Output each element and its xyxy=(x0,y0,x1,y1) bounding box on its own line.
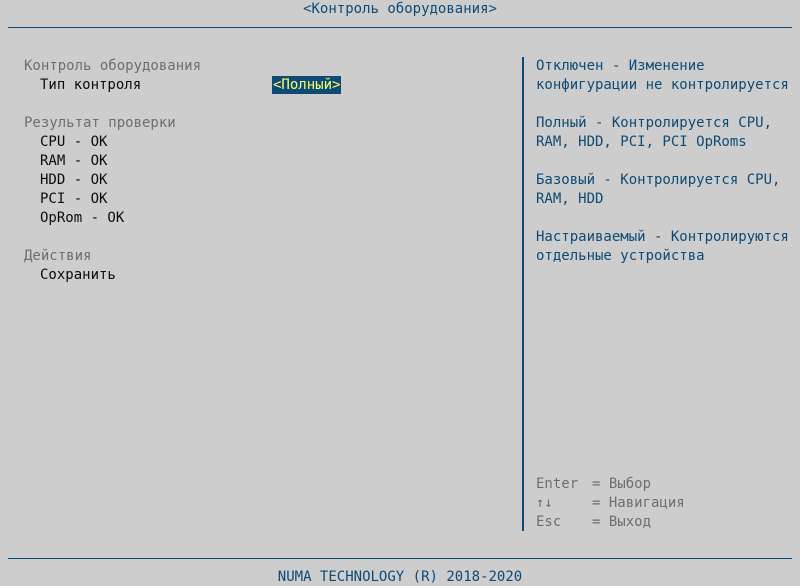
key-hint-esc: Esc= Выход xyxy=(536,513,651,532)
section-heading-control: Контроль оборудования xyxy=(24,57,201,76)
help-text: RAM, HDD xyxy=(536,190,603,209)
section-heading-results: Результат проверки xyxy=(24,114,176,133)
result-ram: RAM - OK xyxy=(40,152,107,171)
control-type-label[interactable]: Тип контроля xyxy=(40,76,141,95)
result-hdd: HDD - OK xyxy=(40,171,107,190)
section-heading-actions: Действия xyxy=(24,247,91,266)
key-hint-navigation: ↑↓= Навигация xyxy=(536,494,685,513)
help-text: Настраиваемый - Контролируются xyxy=(536,228,789,247)
control-type-select[interactable]: <Полный> xyxy=(272,76,341,94)
footer-divider xyxy=(8,558,792,559)
key-action: = Навигация xyxy=(592,495,685,511)
page-title: <Контроль оборудования> xyxy=(0,0,800,19)
help-text: RAM, HDD, PCI, PCI OpRoms xyxy=(536,133,747,152)
result-oprom: OpRom - OK xyxy=(40,209,124,228)
help-text: Базовый - Контролируется CPU, xyxy=(536,171,780,190)
help-text: Полный - Контролируется CPU, xyxy=(536,114,772,133)
key-label: Enter xyxy=(536,475,592,494)
save-button[interactable]: Сохранить xyxy=(40,266,116,285)
help-divider xyxy=(522,57,524,531)
footer-copyright: NUMA TECHNOLOGY (R) 2018-2020 xyxy=(0,568,800,586)
key-action: = Выход xyxy=(592,514,651,530)
result-pci: PCI - OK xyxy=(40,190,107,209)
help-text: отдельные устройства xyxy=(536,247,705,266)
key-hint-enter: Enter= Выбор xyxy=(536,475,651,494)
key-label: Esc xyxy=(536,513,592,532)
help-text: Отключен - Изменение xyxy=(536,57,705,76)
key-action: = Выбор xyxy=(592,476,651,492)
header-divider xyxy=(8,27,792,28)
arrows-icon: ↑↓ xyxy=(536,494,592,513)
result-cpu: CPU - OK xyxy=(40,133,107,152)
help-text: конфигурации не контролируется xyxy=(536,76,789,95)
